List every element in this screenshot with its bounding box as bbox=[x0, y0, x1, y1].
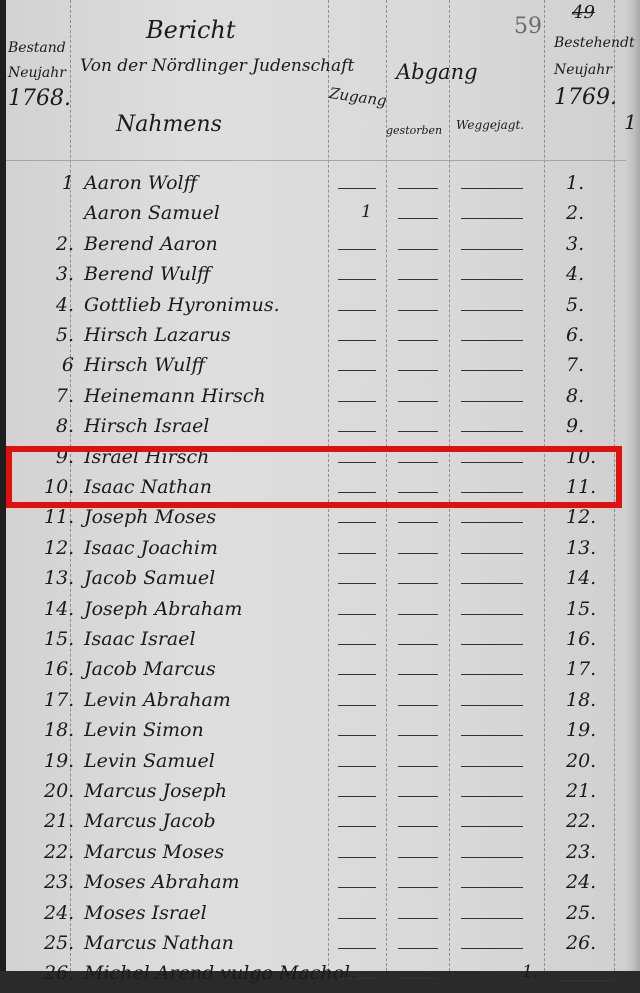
row-gestorben-dash bbox=[398, 948, 438, 949]
row-gestorben-dash bbox=[398, 340, 438, 341]
row-zugang-dash bbox=[338, 340, 376, 341]
row-number-1769: 23. bbox=[566, 841, 596, 863]
table-row: 1Aaron Wolff1. bbox=[6, 172, 632, 203]
row-number-1768: 5. bbox=[44, 324, 74, 346]
table-row: 13.Jacob Samuel14. bbox=[6, 567, 632, 598]
row-name: Moses Israel bbox=[84, 902, 207, 924]
row-zugang-dash bbox=[338, 766, 376, 767]
row-zugang-dash bbox=[338, 401, 376, 402]
row-weggejagt-dash bbox=[461, 918, 523, 919]
table-row: 25.Marcus Nathan26. bbox=[6, 932, 632, 963]
row-number-1769: 20. bbox=[566, 750, 596, 772]
row-zugang-dash bbox=[338, 674, 376, 675]
row-name: Berend Aaron bbox=[84, 233, 218, 255]
row-zugang-dash bbox=[338, 796, 376, 797]
row-number-1769: 16. bbox=[566, 628, 596, 650]
ledger-page: 59 49 1 Bestand Neujahr 1768. Bericht Vo… bbox=[6, 0, 640, 971]
row-weggejagt-dash bbox=[461, 614, 523, 615]
row-number-1768: 13. bbox=[44, 567, 74, 589]
row-zugang-dash bbox=[338, 705, 376, 706]
row-weggejagt-dash bbox=[461, 249, 523, 250]
row-zugang-dash bbox=[338, 279, 376, 280]
row-name: Marcus Joseph bbox=[84, 780, 227, 802]
row-gestorben-dash bbox=[398, 674, 438, 675]
row-weggejagt-value: 1. bbox=[522, 962, 538, 971]
row-zugang-dash bbox=[338, 614, 376, 615]
row-number-1768: 19. bbox=[44, 750, 74, 772]
row-weggejagt-dash bbox=[461, 796, 523, 797]
row-number-1769: 17. bbox=[566, 658, 596, 680]
row-zugang-dash bbox=[338, 583, 376, 584]
table-row: 15.Isaac Israel16. bbox=[6, 628, 632, 659]
table-row: 11.Joseph Moses12. bbox=[6, 506, 632, 537]
row-gestorben-dash bbox=[398, 644, 438, 645]
row-name: Marcus Moses bbox=[84, 841, 224, 863]
row-weggejagt-dash bbox=[461, 644, 523, 645]
row-weggejagt-dash bbox=[461, 522, 523, 523]
row-number-1768: 12. bbox=[44, 537, 74, 559]
row-name: Isaac Joachim bbox=[84, 537, 218, 559]
row-gestorben-dash bbox=[398, 705, 438, 706]
row-number-1769: 12. bbox=[566, 506, 596, 528]
row-gestorben-dash bbox=[398, 279, 438, 280]
table-row: 21.Marcus Jacob22. bbox=[6, 810, 632, 841]
row-weggejagt-dash bbox=[461, 188, 523, 189]
row-name: Marcus Jacob bbox=[84, 810, 216, 832]
row-weggejagt-dash bbox=[461, 826, 523, 827]
row-number-1769: 22. bbox=[566, 810, 596, 832]
row-number-1769: 6. bbox=[566, 324, 584, 346]
table-row: 2.Berend Aaron3. bbox=[6, 233, 632, 264]
row-gestorben-dash bbox=[398, 796, 438, 797]
header-gestorben: gestorben bbox=[386, 124, 442, 137]
header-neujahr-label-right: Neujahr bbox=[554, 57, 635, 84]
row-number-1768: 4. bbox=[44, 294, 74, 316]
row-number-1769: 2. bbox=[566, 202, 584, 224]
row-gestorben-dash bbox=[398, 857, 438, 858]
row-weggejagt-dash bbox=[461, 948, 523, 949]
table-row: 3.Berend Wulff4. bbox=[6, 263, 632, 294]
row-name: Aaron Samuel bbox=[84, 202, 220, 224]
row-name: Hirsch Israel bbox=[84, 415, 209, 437]
document-title: Bericht bbox=[146, 16, 236, 44]
table-row: 24.Moses Israel25. bbox=[6, 902, 632, 933]
row-number-1768: 23. bbox=[44, 871, 74, 893]
table-row: 5.Hirsch Lazarus6. bbox=[6, 324, 632, 355]
row-gestorben-dash bbox=[398, 614, 438, 615]
row-number-1768: 25. bbox=[44, 932, 74, 954]
row-number-1769: 26. bbox=[566, 932, 596, 954]
row-number-1768: 8. bbox=[44, 415, 74, 437]
row-weggejagt-dash bbox=[461, 370, 523, 371]
row-number-1768: 20. bbox=[44, 780, 74, 802]
row-gestorben-dash bbox=[398, 735, 438, 736]
row-name: Moses Abraham bbox=[84, 871, 240, 893]
header-year-1768: 1768. bbox=[8, 86, 71, 111]
row-number-1769: 4. bbox=[566, 263, 584, 285]
row-number-1768: 2. bbox=[44, 233, 74, 255]
row-zugang-dash bbox=[338, 249, 376, 250]
table-row: 23.Moses Abraham24. bbox=[6, 871, 632, 902]
row-number-1769: 19. bbox=[566, 719, 596, 741]
row-gestorben-dash bbox=[398, 218, 438, 219]
row-number-1768: 15. bbox=[44, 628, 74, 650]
row-name: Marcus Nathan bbox=[84, 932, 234, 954]
row-number-1768: 7. bbox=[44, 385, 74, 407]
table-row: 14.Joseph Abraham15. bbox=[6, 598, 632, 629]
row-gestorben-dash bbox=[398, 826, 438, 827]
row-zugang-dash bbox=[338, 918, 376, 919]
row-gestorben-dash bbox=[398, 887, 438, 888]
row-zugang-dash bbox=[338, 522, 376, 523]
row-name: Levin Samuel bbox=[84, 750, 215, 772]
header-bestand-1769: Bestehendt Neujahr 1769. bbox=[554, 30, 635, 111]
table-row: 18.Levin Simon19. bbox=[6, 719, 632, 750]
row-gestorben-dash bbox=[398, 918, 438, 919]
row-number-1769: 15. bbox=[566, 598, 596, 620]
row-number-1768: 14. bbox=[44, 598, 74, 620]
row-number-1769: 24. bbox=[566, 871, 596, 893]
margin-mark: 1 bbox=[624, 110, 637, 134]
row-number-1769: 18. bbox=[566, 689, 596, 711]
row-number-1769: 5. bbox=[566, 294, 584, 316]
row-weggejagt-dash bbox=[461, 340, 523, 341]
row-number-1769: 9. bbox=[566, 415, 584, 437]
row-number-1769: 21. bbox=[566, 780, 596, 802]
header-zugang: Zugang bbox=[328, 84, 388, 110]
row-number-1768: 11. bbox=[44, 506, 74, 528]
table-row: 17.Levin Abraham18. bbox=[6, 689, 632, 720]
table-row: 12.Isaac Joachim13. bbox=[6, 537, 632, 568]
row-weggejagt-dash bbox=[461, 431, 523, 432]
row-zugang-dash bbox=[338, 735, 376, 736]
table-row: 22.Marcus Moses23. bbox=[6, 841, 632, 872]
row-zugang-dash bbox=[338, 431, 376, 432]
table-row: 6Hirsch Wulff7. bbox=[6, 354, 632, 385]
row-name: Jacob Marcus bbox=[84, 658, 216, 680]
table-row: 7.Heinemann Hirsch8. bbox=[6, 385, 632, 416]
folio-number-struck: 49 bbox=[572, 2, 595, 23]
row-weggejagt-dash bbox=[461, 705, 523, 706]
row-weggejagt-dash bbox=[461, 218, 523, 219]
row-weggejagt-dash bbox=[461, 279, 523, 280]
row-name: Aaron Wolff bbox=[84, 172, 197, 194]
row-number-1768: 1 bbox=[44, 172, 74, 194]
row-number-1769: 25. bbox=[566, 902, 596, 924]
row-name: Hirsch Lazarus bbox=[84, 324, 231, 346]
row-name: Jacob Samuel bbox=[84, 567, 215, 589]
header-neujahr-label: Neujahr bbox=[8, 61, 71, 86]
document-subtitle: Von der Nördlinger Judenschaft bbox=[80, 56, 354, 76]
row-number-1768: 16. bbox=[44, 658, 74, 680]
row-zugang-dash bbox=[338, 310, 376, 311]
row-number-1769: 3. bbox=[566, 233, 584, 255]
row-weggejagt-dash bbox=[461, 857, 523, 858]
row-zugang-dash bbox=[338, 644, 376, 645]
row-gestorben-dash bbox=[398, 249, 438, 250]
row-weggejagt-dash bbox=[461, 674, 523, 675]
header-year-1769: 1769. bbox=[554, 84, 635, 111]
row-number-1768: 26. bbox=[44, 962, 74, 971]
highlight-box bbox=[6, 446, 622, 508]
table-row: 4.Gottlieb Hyronimus.5. bbox=[6, 294, 632, 325]
row-zugang-value: 1 bbox=[361, 202, 372, 222]
row-gestorben-dash bbox=[398, 310, 438, 311]
row-weggejagt-dash bbox=[461, 887, 523, 888]
table-row: Aaron Samuel12. bbox=[6, 202, 632, 233]
header-bestehendt-label: Bestehendt bbox=[554, 30, 635, 57]
row-name: Gottlieb Hyronimus. bbox=[84, 294, 280, 316]
row-number-1768: 3. bbox=[44, 263, 74, 285]
table-row: 20.Marcus Joseph21. bbox=[6, 780, 632, 811]
row-name: Levin Abraham bbox=[84, 689, 231, 711]
row-gestorben-dash bbox=[398, 553, 438, 554]
row-zugang-dash bbox=[338, 553, 376, 554]
row-name: Joseph Moses bbox=[84, 506, 216, 528]
header-bestand-label: Bestand bbox=[8, 36, 71, 61]
row-gestorben-dash bbox=[398, 431, 438, 432]
row-number-1768: 24. bbox=[44, 902, 74, 924]
row-number-1768: 18. bbox=[44, 719, 74, 741]
header-bestand-1768: Bestand Neujahr 1768. bbox=[8, 36, 71, 111]
row-name: Berend Wulff bbox=[84, 263, 211, 285]
table-row: 16.Jacob Marcus17. bbox=[6, 658, 632, 689]
row-weggejagt-dash bbox=[461, 735, 523, 736]
row-number-1768: 22. bbox=[44, 841, 74, 863]
row-zugang-dash bbox=[338, 188, 376, 189]
row-weggejagt-dash bbox=[461, 553, 523, 554]
row-name: Michel Arend vulgo Machol. bbox=[84, 962, 356, 971]
row-number-1768: 21. bbox=[44, 810, 74, 832]
folio-number: 59 bbox=[514, 14, 542, 39]
row-weggejagt-dash bbox=[461, 401, 523, 402]
header-rule bbox=[6, 160, 626, 161]
header-names: Nahmens bbox=[116, 112, 222, 137]
table-row: 26.Michel Arend vulgo Machol.1. bbox=[6, 962, 632, 971]
row-zugang-dash bbox=[338, 370, 376, 371]
row-gestorben-dash bbox=[398, 370, 438, 371]
row-name: Hirsch Wulff bbox=[84, 354, 205, 376]
row-name: Levin Simon bbox=[84, 719, 204, 741]
row-number-1768: 17. bbox=[44, 689, 74, 711]
row-name: Joseph Abraham bbox=[84, 598, 242, 620]
row-weggejagt-dash bbox=[461, 310, 523, 311]
row-name: Isaac Israel bbox=[84, 628, 196, 650]
row-number-1769: 7. bbox=[566, 354, 584, 376]
header-weggejagt: Weggejagt. bbox=[456, 118, 524, 132]
row-gestorben-dash bbox=[398, 401, 438, 402]
row-zugang-dash bbox=[338, 887, 376, 888]
row-weggejagt-dash bbox=[461, 583, 523, 584]
header-abgang: Abgang bbox=[396, 60, 478, 84]
table-row: 8.Hirsch Israel9. bbox=[6, 415, 632, 446]
row-number-1769: 13. bbox=[566, 537, 596, 559]
row-zugang-dash bbox=[338, 857, 376, 858]
row-weggejagt-dash bbox=[461, 766, 523, 767]
row-zugang-dash bbox=[338, 948, 376, 949]
table-row: 19.Levin Samuel20. bbox=[6, 750, 632, 781]
row-number-1768: 6 bbox=[44, 354, 74, 376]
row-zugang-dash bbox=[338, 826, 376, 827]
row-number-1769: 8. bbox=[566, 385, 584, 407]
row-gestorben-dash bbox=[398, 766, 438, 767]
row-gestorben-dash bbox=[398, 522, 438, 523]
row-gestorben-dash bbox=[398, 188, 438, 189]
row-number-1769: 1. bbox=[566, 172, 584, 194]
row-number-1769: 14. bbox=[566, 567, 596, 589]
row-name: Heinemann Hirsch bbox=[84, 385, 266, 407]
row-gestorben-dash bbox=[398, 583, 438, 584]
